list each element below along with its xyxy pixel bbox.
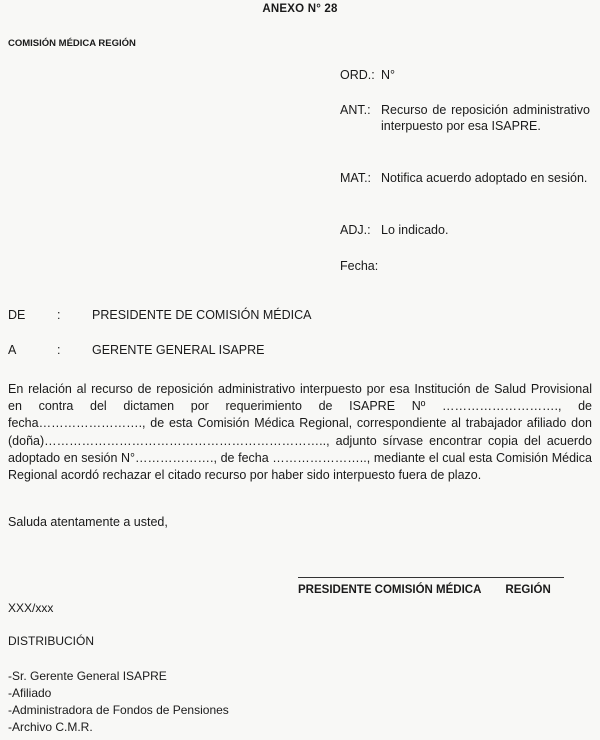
ref-adj: ADJ.: Lo indicado. [340, 222, 590, 238]
signature-region: REGIÓN [505, 584, 550, 596]
greeting: Saluda atentamente a usted, [8, 515, 168, 529]
distribution-title: DISTRIBUCIÓN [8, 634, 94, 648]
distribution-item: -Sr. Gerente General ISAPRE [8, 668, 229, 685]
ref-label: ADJ.: [340, 222, 381, 238]
distribution-item: -Afiliado [8, 685, 229, 702]
distribution-list: -Sr. Gerente General ISAPRE -Afiliado -A… [8, 668, 229, 736]
document-page: ANEXO N° 28 COMISIÓN MÉDICA REGIÓN ORD.:… [0, 0, 600, 740]
reference-code: XXX/xxx [8, 601, 53, 615]
annex-title: ANEXO N° 28 [0, 3, 600, 15]
distribution-item: -Archivo C.M.R. [8, 719, 229, 736]
body-paragraph: En relación al recurso de reposición adm… [8, 381, 592, 484]
ref-value: Recurso de reposición administrativo int… [381, 102, 590, 134]
to-label: A [8, 343, 16, 357]
ref-ord: ORD.: N° [340, 67, 590, 83]
ref-ant: ANT.: Recurso de reposición administrati… [340, 102, 590, 134]
from-label: DE [8, 308, 25, 322]
ref-fecha: Fecha: [340, 258, 590, 274]
ref-value: Notifica acuerdo adoptado en sesión. [381, 170, 590, 186]
from-value: PRESIDENTE DE COMISIÓN MÉDICA [92, 308, 311, 322]
org-header: COMISIÓN MÉDICA REGIÓN [8, 38, 136, 49]
ref-value: N° [381, 67, 590, 83]
from-colon: : [57, 308, 60, 322]
to-value: GERENTE GENERAL ISAPRE [92, 343, 265, 357]
to-colon: : [57, 343, 60, 357]
ref-mat: MAT.: Notifica acuerdo adoptado en sesió… [340, 170, 590, 186]
ref-label: ORD.: [340, 67, 381, 83]
ref-label: Fecha: [340, 258, 381, 274]
ref-label: MAT.: [340, 170, 381, 186]
distribution-item: -Administradora de Fondos de Pensiones [8, 702, 229, 719]
ref-value: Lo indicado. [381, 222, 590, 238]
ref-label: ANT.: [340, 102, 381, 134]
ref-value [381, 258, 590, 274]
signature-title: PRESIDENTE COMISIÓN MÉDICA [298, 584, 481, 596]
signature-line [298, 577, 564, 578]
signature-block: PRESIDENTE COMISIÓN MÉDICAREGIÓN [298, 584, 551, 596]
